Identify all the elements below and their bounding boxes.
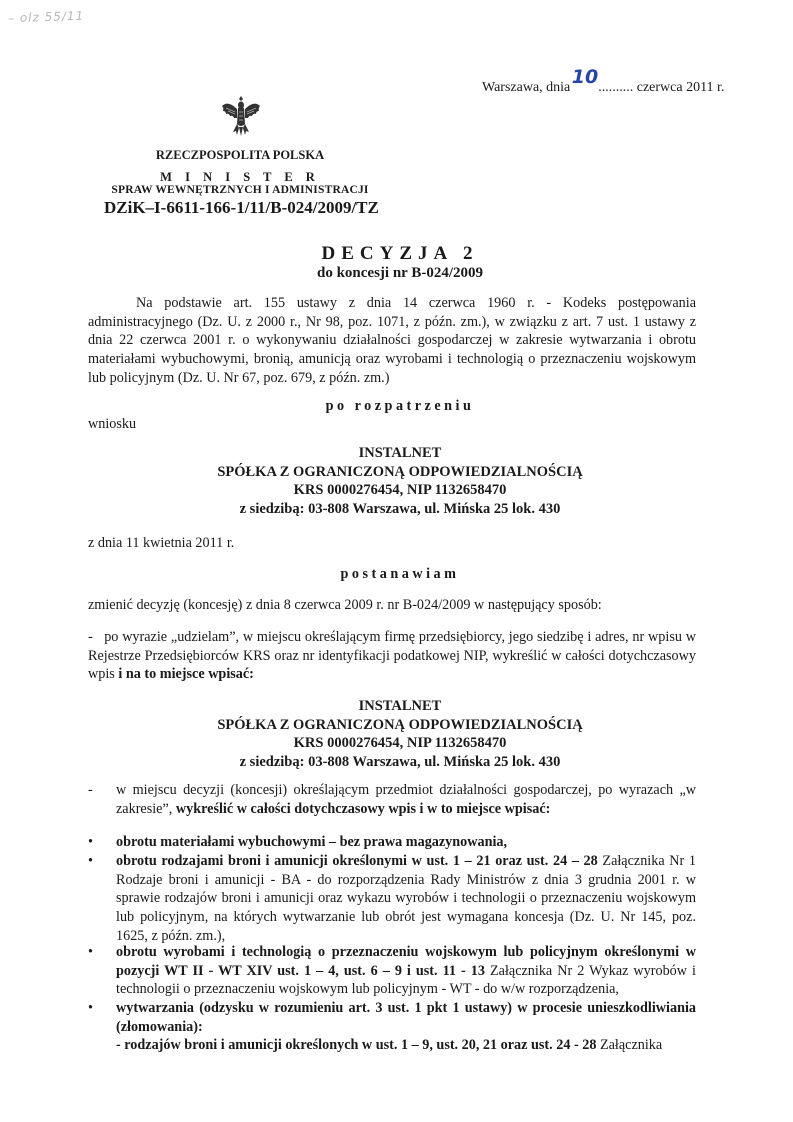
company-block-2: INSTALNET SPÓŁKA Z OGRANICZONĄ ODPOWIEDZ… xyxy=(80,697,720,771)
polish-eagle-emblem-icon xyxy=(220,94,262,138)
request-date: z dnia 11 kwietnia 2011 r. xyxy=(88,535,234,552)
resolve-heading: postanawiam xyxy=(80,566,720,583)
office-title: M I N I S T E R xyxy=(100,170,380,185)
date-suffix: czerwca 2011 r. xyxy=(633,80,724,95)
reference-number: DZiK–I-6611-166-1/11/B-024/2009/TZ xyxy=(104,198,379,218)
bullet-icon: • xyxy=(88,852,98,871)
handwritten-day: 10 xyxy=(572,66,598,88)
change-1-bold: i na to miejsce wpisać: xyxy=(118,666,254,682)
legal-basis-paragraph: Na podstawie art. 155 ustawy z dnia 14 c… xyxy=(88,294,696,388)
change-2-dash: - xyxy=(88,781,98,800)
change-item-1: - po wyrazie „udzielam”, w miejscu okreś… xyxy=(88,628,696,684)
company-name: INSTALNET xyxy=(80,697,720,716)
list-item: • wytwarzania (odzysku w rozumieniu art.… xyxy=(88,999,696,1055)
change-2-bold: wykreślić w całości dotychczasowy wpis i… xyxy=(176,801,550,817)
bullet-2-bold: obrotu rodzajami broni i amunicji określ… xyxy=(116,853,598,869)
company-ids: KRS 0000276454, NIP 1132658470 xyxy=(80,734,720,753)
company-form: SPÓŁKA Z OGRANICZONĄ ODPOWIEDZIALNOŚCIĄ xyxy=(80,716,720,735)
bullet-4-sub-bold: - rodzajów broni i amunicji określonych … xyxy=(116,1037,596,1053)
country-name: RZECZPOSPOLITA POLSKA xyxy=(100,148,380,163)
bullet-1-bold: obrotu materiałami wybuchowymi – bez pra… xyxy=(116,834,507,850)
change-item-2: - w miejscu decyzji (koncesji) określają… xyxy=(88,781,696,818)
document-title: DECYZJA 2 xyxy=(80,243,720,265)
company-ids: KRS 0000276454, NIP 1132658470 xyxy=(80,481,720,500)
bullet-icon: • xyxy=(88,999,98,1018)
company-seat: z siedzibą: 03-808 Warszawa, ul. Mińska … xyxy=(80,500,720,519)
change-1-dash: - xyxy=(88,629,93,645)
office-ministry: SPRAW WEWNĘTRZNYCH I ADMINISTRACJI xyxy=(100,184,380,196)
company-form: SPÓŁKA Z OGRANICZONĄ ODPOWIEDZIALNOŚCIĄ xyxy=(80,463,720,482)
margin-pencil-note: – olz 55/11 xyxy=(8,9,85,26)
bullet-4-bold: wytwarzania (odzysku w rozumieniu art. 3… xyxy=(116,1000,696,1035)
company-seat: z siedzibą: 03-808 Warszawa, ul. Mińska … xyxy=(80,753,720,772)
company-block-1: INSTALNET SPÓŁKA Z OGRANICZONĄ ODPOWIEDZ… xyxy=(80,444,720,518)
bullet-icon: • xyxy=(88,943,98,962)
bullet-icon: • xyxy=(88,833,98,852)
bullet-4-sub-text: Załącznika xyxy=(596,1037,662,1053)
company-name: INSTALNET xyxy=(80,444,720,463)
date-dots: .......... xyxy=(598,80,633,95)
list-item: • obrotu materiałami wybuchowymi – bez p… xyxy=(88,833,696,852)
document-subtitle: do koncesji nr B-024/2009 xyxy=(80,265,720,282)
change-intro: zmienić decyzję (koncesję) z dnia 8 czer… xyxy=(88,597,602,614)
date-prefix: Warszawa, dnia xyxy=(482,80,574,95)
place-date-line: Warszawa, dnia 10.......... czerwca 2011… xyxy=(482,74,724,96)
after-review-heading: po rozpatrzeniu xyxy=(80,398,720,415)
list-item: • obrotu wyrobami i technologią o przezn… xyxy=(88,943,696,999)
request-label: wniosku xyxy=(88,416,136,433)
list-item: • obrotu rodzajami broni i amunicji okre… xyxy=(88,852,696,946)
